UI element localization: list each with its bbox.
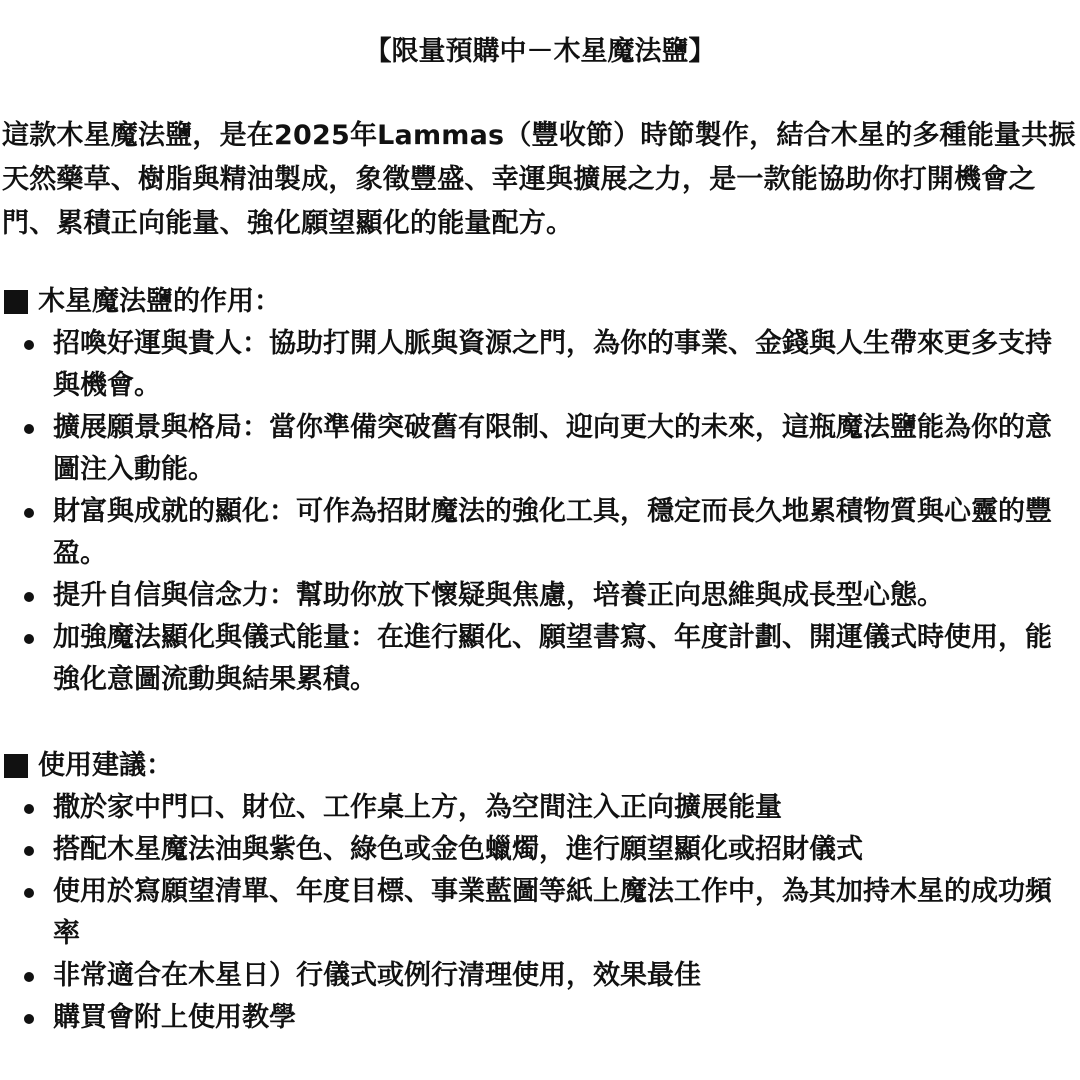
bullet-icon <box>24 424 34 434</box>
section-heading: 使用建議： <box>2 745 1078 787</box>
list-item-text: 撒於家中門口、財位、工作桌上方，為空間注入正向擴展能量 <box>53 792 782 823</box>
list-item: 招喚好運與貴人：協助打開人脈與資源之門，為你的事業、金錢與人生帶來更多支持與機會… <box>2 323 1078 407</box>
list-item-text: 財富與成就的顯化：可作為招財魔法的強化工具，穩定而長久地累積物質與心靈的豐盈。 <box>53 496 1052 569</box>
bullet-icon <box>24 846 34 856</box>
usage-list: 撒於家中門口、財位、工作桌上方，為空間注入正向擴展能量 搭配木星魔法油與紫色、綠… <box>2 787 1078 1039</box>
list-item: 搭配木星魔法油與紫色、綠色或金色蠟燭，進行願望顯化或招財儀式 <box>2 829 1078 871</box>
bullet-icon <box>24 340 34 350</box>
bullet-icon <box>24 634 34 644</box>
list-item-text: 非常適合在木星日）行儀式或例行清理使用，效果最佳 <box>53 960 701 991</box>
list-item-text: 擴展願景與格局：當你準備突破舊有限制、迎向更大的未來，這瓶魔法鹽能為你的意圖注入… <box>53 412 1052 485</box>
bullet-icon <box>24 888 34 898</box>
section-heading: 木星魔法鹽的作用： <box>2 281 1078 323</box>
black-square-icon <box>4 754 28 778</box>
list-item-text: 購買會附上使用教學 <box>53 1002 296 1033</box>
section-effects: 木星魔法鹽的作用： 招喚好運與貴人：協助打開人脈與資源之門，為你的事業、金錢與人… <box>2 281 1078 701</box>
list-item-text: 搭配木星魔法油與紫色、綠色或金色蠟燭，進行願望顯化或招財儀式 <box>53 834 863 865</box>
list-item-text: 加強魔法顯化與儀式能量：在進行顯化、願望書寫、年度計劃、開運儀式時使用，能強化意… <box>53 622 1052 695</box>
bullet-icon <box>24 508 34 518</box>
page-title: 【限量預購中－木星魔法鹽】 <box>0 30 1080 74</box>
section-heading-text: 使用建議： <box>38 745 173 787</box>
list-item: 加強魔法顯化與儀式能量：在進行顯化、願望書寫、年度計劃、開運儀式時使用，能強化意… <box>2 617 1078 701</box>
list-item: 擴展願景與格局：當你準備突破舊有限制、迎向更大的未來，這瓶魔法鹽能為你的意圖注入… <box>2 407 1078 491</box>
bullet-icon <box>24 972 34 982</box>
list-item-text: 招喚好運與貴人：協助打開人脈與資源之門，為你的事業、金錢與人生帶來更多支持與機會… <box>53 328 1052 401</box>
bullet-icon <box>24 1014 34 1024</box>
intro-paragraph: 這款木星魔法鹽，是在2025年Lammas（豐收節）時節製作，結合木星的多種能量… <box>2 114 1078 246</box>
list-item-text: 使用於寫願望清單、年度目標、事業藍圖等紙上魔法工作中，為其加持木星的成功頻率 <box>53 876 1052 949</box>
black-square-icon <box>4 290 28 314</box>
bullet-icon <box>24 804 34 814</box>
list-item: 非常適合在木星日）行儀式或例行清理使用，效果最佳 <box>2 955 1078 997</box>
list-item: 提升自信與信念力：幫助你放下懷疑與焦慮，培養正向思維與成長型心態。 <box>2 575 1078 617</box>
section-heading-text: 木星魔法鹽的作用： <box>38 281 281 323</box>
section-usage: 使用建議： 撒於家中門口、財位、工作桌上方，為空間注入正向擴展能量 搭配木星魔法… <box>2 745 1078 1039</box>
list-item: 撒於家中門口、財位、工作桌上方，為空間注入正向擴展能量 <box>2 787 1078 829</box>
effects-list: 招喚好運與貴人：協助打開人脈與資源之門，為你的事業、金錢與人生帶來更多支持與機會… <box>2 323 1078 701</box>
list-item-text: 提升自信與信念力：幫助你放下懷疑與焦慮，培養正向思維與成長型心態。 <box>53 580 944 611</box>
list-item: 使用於寫願望清單、年度目標、事業藍圖等紙上魔法工作中，為其加持木星的成功頻率 <box>2 871 1078 955</box>
product-description-page: 【限量預購中－木星魔法鹽】 這款木星魔法鹽，是在2025年Lammas（豐收節）… <box>0 0 1080 1080</box>
list-item: 財富與成就的顯化：可作為招財魔法的強化工具，穩定而長久地累積物質與心靈的豐盈。 <box>2 491 1078 575</box>
list-item: 購買會附上使用教學 <box>2 997 1078 1039</box>
bullet-icon <box>24 592 34 602</box>
